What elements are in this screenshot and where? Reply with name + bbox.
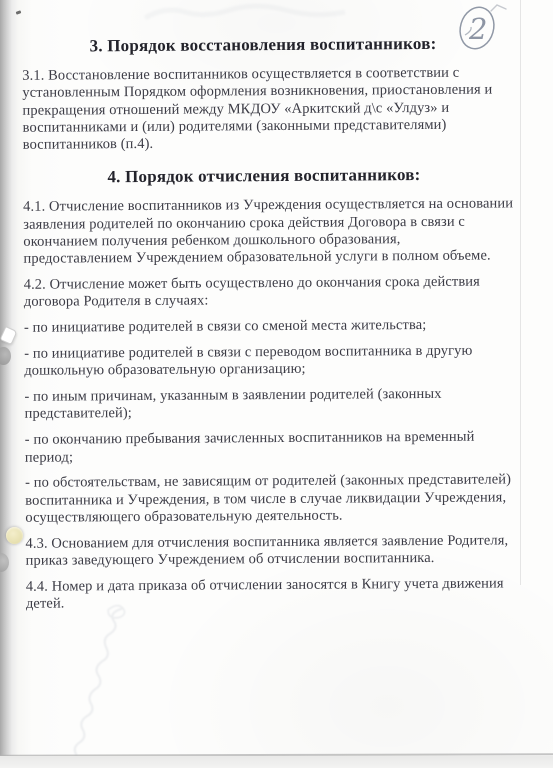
scanned-document-page: 2 3. Порядок восстановления воспитаннико…: [0, 0, 553, 768]
ink-speck: [16, 10, 22, 15]
paragraph-4-2: 4.2. Отчисление может быть осуществлено …: [24, 273, 536, 311]
hole-punch-shadow-upper: [0, 347, 11, 365]
paragraph-4-3: 4.3. Основанием для отчисления воспитанн…: [25, 532, 537, 570]
bullet-other-reasons: - по иным причинам, указанным в заявлени…: [24, 385, 536, 423]
pen-tick-icon: [489, 3, 509, 15]
document-body: 3. Порядок восстановления воспитанников:…: [22, 32, 538, 621]
bullet-change-of-residence: - по инициативе родителей в связи со сме…: [24, 316, 536, 337]
paragraph-4-1: 4.1. Отчисление воспитанников из Учрежде…: [23, 196, 535, 269]
torn-notch-mark: [0, 326, 17, 345]
section-3-heading: 3. Порядок восстановления воспитанников:: [22, 32, 504, 56]
bullet-circumstances: - по обстоятельствам, не зависящим от ро…: [25, 472, 537, 527]
bleed-through-top-smudge: [140, 2, 350, 28]
hole-punch-mark: [6, 527, 23, 544]
scanner-bed-strip: [0, 756, 553, 768]
bleed-through-handwriting: [64, 598, 158, 767]
section-4-heading: 4. Порядок отчисления воспитанников:: [23, 164, 505, 188]
paper-crease-line: [520, 0, 521, 585]
hole-punch-shadow-lower: [0, 553, 9, 572]
bullet-temporary-period: - по окончанию пребывания зачисленных во…: [25, 428, 537, 466]
bullet-transfer-to-other-org: - по инициативе родителей в связи с пере…: [24, 342, 536, 380]
paragraph-3-1: 3.1. Восстановление воспитанников осущес…: [22, 64, 535, 154]
